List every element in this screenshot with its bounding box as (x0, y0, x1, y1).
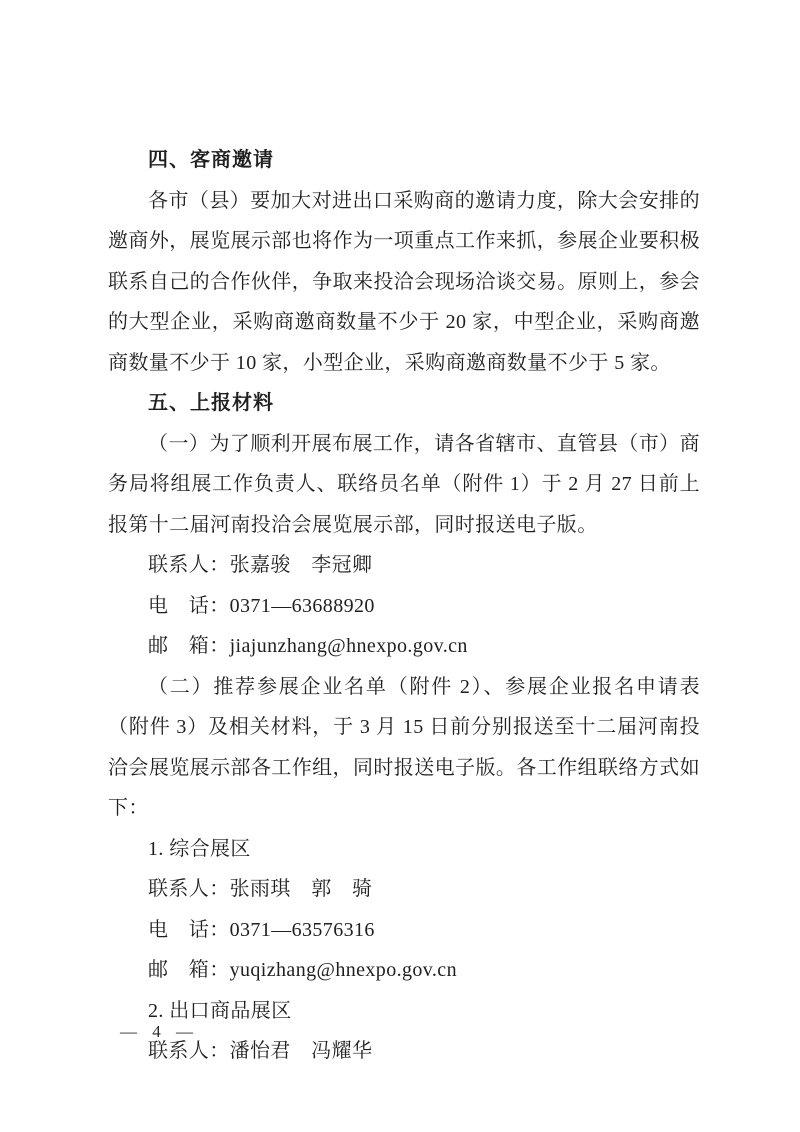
page-number: — 4 — (120, 1022, 194, 1041)
document-body: 四、客商邀请各市（县）要加大对进出口采购商的邀请力度，除大会安排的邀商外，展览展… (108, 140, 700, 1072)
workgroup-2-title: 2. 出口商品展区 (108, 991, 700, 1032)
contact-person: 联系人：张雨琪 郭 骑 (108, 869, 700, 910)
item-2-paragraph: （二）推荐参展企业名单（附件 2）、参展企业报名申请表（附件 3）及相关材料，于… (108, 667, 700, 829)
contact-email: 邮 箱：yuqizhang@hnexpo.gov.cn (108, 950, 700, 991)
section-5-heading: 五、上报材料 (108, 383, 700, 424)
contact-phone: 电 话：0371—63576316 (108, 910, 700, 951)
workgroup-1-title: 1. 综合展区 (108, 829, 700, 870)
section-4-heading: 四、客商邀请 (108, 140, 700, 181)
page-footer: — 4 — (120, 1022, 194, 1042)
contact-phone: 电 话：0371—63688920 (108, 586, 700, 627)
section-4-paragraph: 各市（县）要加大对进出口采购商的邀请力度，除大会安排的邀商外，展览展示部也将作为… (108, 181, 700, 384)
contact-person: 联系人：潘怡君 冯耀华 (108, 1031, 700, 1072)
item-1-paragraph: （一）为了顺利开展布展工作，请各省辖市、直管县（市）商务局将组展工作负责人、联络… (108, 424, 700, 546)
contact-person: 联系人：张嘉骏 李冠卿 (108, 545, 700, 586)
contact-email: 邮 箱：jiajunzhang@hnexpo.gov.cn (108, 626, 700, 667)
